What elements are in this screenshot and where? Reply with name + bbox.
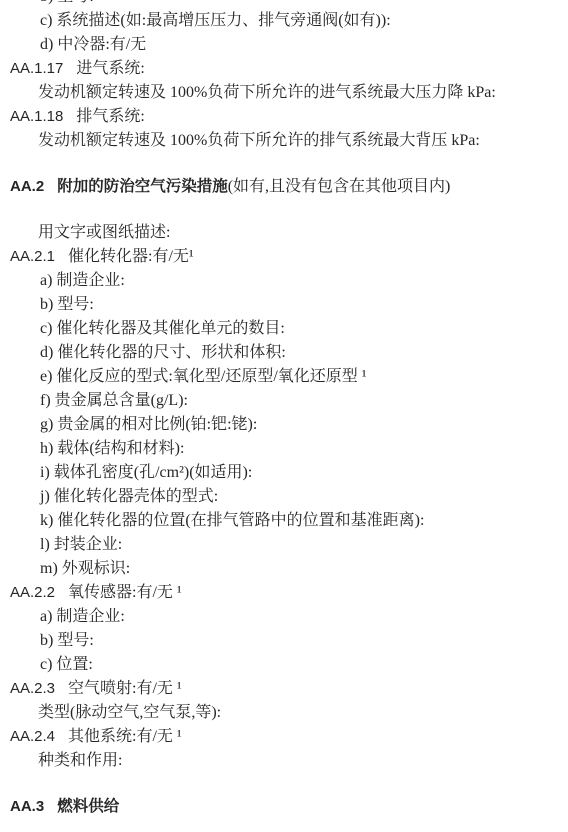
list-item: f) 贵金属总含量(g/L): [0, 389, 568, 413]
list-item: b) 型号: [0, 629, 568, 653]
section-heading-aa-1-18: AA.1.18排气系统: [0, 105, 568, 129]
list-item-text: c) 系统描述(如:最高增压压力、排气旁通阀(如有)): [40, 12, 391, 29]
paragraph-text: 种类和作用: [38, 752, 122, 769]
section-number: AA.1.17 [10, 60, 63, 77]
section-heading-aa-2-3: AA.2.3空气喷射:有/无 ¹ [0, 677, 568, 701]
list-item-text: d) 催化转化器的尺寸、形状和体积: [40, 344, 286, 361]
list-item: c) 位置: [0, 653, 568, 677]
list-item: b) 型号: [0, 293, 568, 317]
section-title: 附加的防治空气污染措施 [57, 178, 228, 195]
list-item-text: g) 贵金属的相对比例(铂:钯:铑): [40, 416, 257, 433]
section-number: AA.3 [10, 798, 44, 815]
list-item-text: c) 位置: [40, 656, 93, 673]
list-item: a) 制造企业: [0, 605, 568, 629]
paragraph-text: 发动机额定转速及 100%负荷下所允许的排气系统最大背压 kPa: [38, 132, 480, 149]
list-item-text: j) 催化转化器壳体的型式: [40, 488, 218, 505]
list-item-text: c) 催化转化器及其催化单元的数目: [40, 320, 285, 337]
section-number: AA.2.4 [10, 728, 55, 745]
list-item-text: h) 载体(结构和材料): [40, 440, 184, 457]
paragraph-text: 类型(脉动空气,空气泵,等): [38, 704, 221, 721]
section-heading-aa-2: AA.2附加的防治空气污染措施(如有,且没有包含在其他项目内) [0, 175, 568, 199]
list-item-text: l) 封装企业: [40, 536, 122, 553]
list-item-text: f) 贵金属总含量(g/L): [40, 392, 188, 409]
paragraph-text: 发动机额定转速及 100%负荷下所允许的进气系统最大压力降 kPa: [38, 84, 496, 101]
section-heading-aa-3: AA.3燃料供给 [0, 795, 568, 819]
list-item-text: m) 外观标识: [40, 560, 130, 577]
list-item: a) 制造企业: [0, 269, 568, 293]
section-title: 氧传感器:有/无 ¹ [68, 584, 182, 601]
section-number: AA.1.18 [10, 108, 63, 125]
section-number: AA.2.3 [10, 680, 55, 697]
list-item-text: a) 制造企业: [40, 272, 125, 289]
section-number: AA.2.1 [10, 248, 55, 265]
section-title: 燃料供给 [57, 798, 119, 815]
list-item-text: e) 催化反应的型式:氧化型/还原型/氧化还原型 ¹ [40, 368, 367, 385]
list-item-text: b) 型号: [40, 296, 94, 313]
section-title: 空气喷射:有/无 ¹ [68, 680, 182, 697]
section-heading-aa-2-2: AA.2.2氧传感器:有/无 ¹ [0, 581, 568, 605]
paragraph-line: 发动机额定转速及 100%负荷下所允许的排气系统最大背压 kPa: [0, 129, 568, 153]
section-number: AA.2.2 [10, 584, 55, 601]
section-title: 催化转化器:有/无¹ [68, 248, 194, 265]
paragraph-line: 类型(脉动空气,空气泵,等): [0, 701, 568, 725]
paragraph-text: 用文字或图纸描述: [38, 224, 170, 241]
section-title: 排气系统: [76, 108, 144, 125]
list-item-text: b) 型号: [40, 0, 94, 5]
blank-line [0, 199, 568, 221]
list-item-text: k) 催化转化器的位置(在排气管路中的位置和基准距离): [40, 512, 424, 529]
list-item: j) 催化转化器壳体的型式: [0, 485, 568, 509]
list-item-text: a) 制造企业: [40, 608, 125, 625]
blank-line [0, 773, 568, 795]
blank-line [0, 153, 568, 175]
section-title: 进气系统: [76, 60, 144, 77]
list-item-text: b) 型号: [40, 632, 94, 649]
list-item: k) 催化转化器的位置(在排气管路中的位置和基准距离): [0, 509, 568, 533]
list-item: c) 系统描述(如:最高增压压力、排气旁通阀(如有)): [0, 9, 568, 33]
section-title: 其他系统:有/无 ¹ [68, 728, 182, 745]
list-item-text: d) 中冷器:有/无 [40, 36, 146, 53]
section-heading-aa-1-17: AA.1.17进气系统: [0, 57, 568, 81]
list-item: d) 中冷器:有/无 [0, 33, 568, 57]
list-item-text: i) 载体孔密度(孔/cm²)(如适用): [40, 464, 252, 481]
section-title-suffix: (如有,且没有包含在其他项目内) [228, 178, 451, 195]
document-page: b) 型号:c) 系统描述(如:最高增压压力、排气旁通阀(如有)):d) 中冷器… [0, 0, 568, 819]
list-item: h) 载体(结构和材料): [0, 437, 568, 461]
paragraph-line: 发动机额定转速及 100%负荷下所允许的进气系统最大压力降 kPa: [0, 81, 568, 105]
list-item: c) 催化转化器及其催化单元的数目: [0, 317, 568, 341]
paragraph-line: 用文字或图纸描述: [0, 221, 568, 245]
list-item: l) 封装企业: [0, 533, 568, 557]
section-number: AA.2 [10, 178, 44, 195]
list-item: i) 载体孔密度(孔/cm²)(如适用): [0, 461, 568, 485]
list-item: d) 催化转化器的尺寸、形状和体积: [0, 341, 568, 365]
list-item: m) 外观标识: [0, 557, 568, 581]
list-item: b) 型号: [0, 0, 568, 9]
list-item: g) 贵金属的相对比例(铂:钯:铑): [0, 413, 568, 437]
section-heading-aa-2-1: AA.2.1催化转化器:有/无¹ [0, 245, 568, 269]
paragraph-line: 种类和作用: [0, 749, 568, 773]
section-heading-aa-2-4: AA.2.4其他系统:有/无 ¹ [0, 725, 568, 749]
list-item: e) 催化反应的型式:氧化型/还原型/氧化还原型 ¹ [0, 365, 568, 389]
